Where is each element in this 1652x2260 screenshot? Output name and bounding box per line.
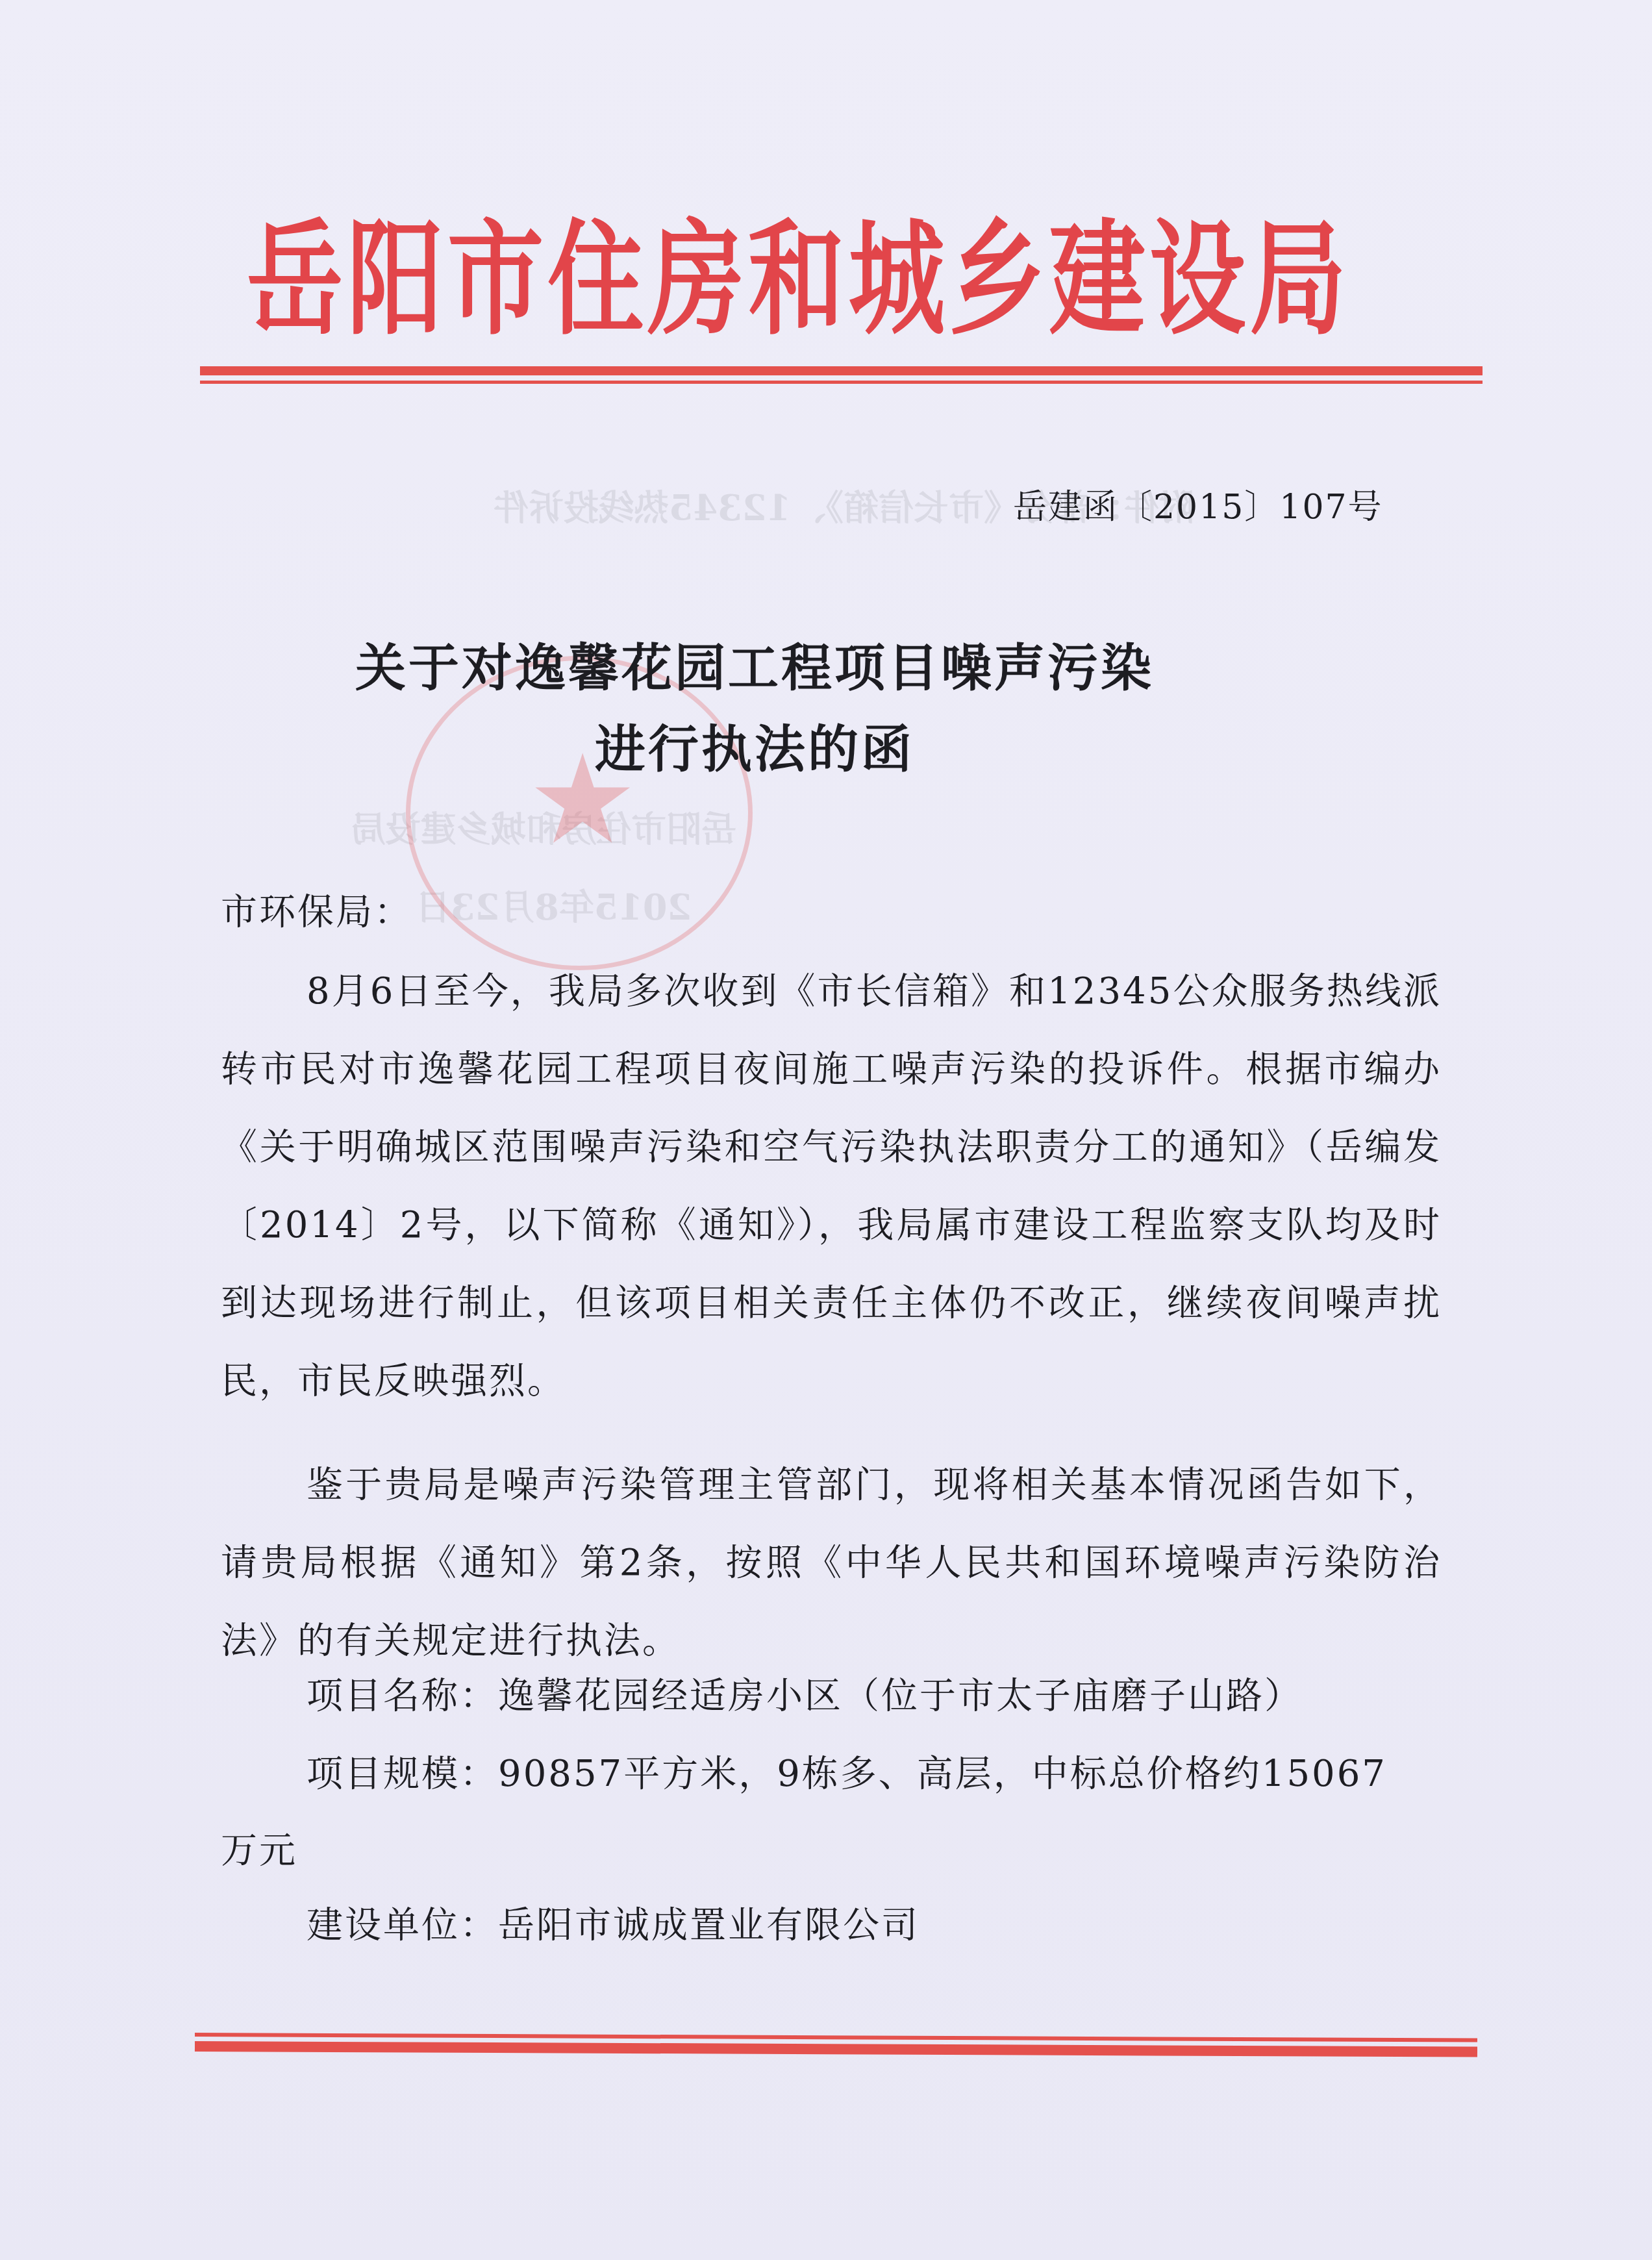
document-title-line1: 关于对逸馨花园工程项目噪声污染 <box>0 630 1581 708</box>
document-number: 岳建函〔2015〕107号 <box>1013 479 1383 528</box>
project-name-label: 项目名称： <box>307 1675 498 1717</box>
project-scale-value: 90857平方米，9栋多、高层，中标总价格约15067 <box>498 1753 1387 1795</box>
letterhead-issuer: 岳阳市住房和城乡建设局 <box>247 195 1158 364</box>
document-page: 岳阳市住房和城乡建设局 附件：部分《市长信箱》、12345热线投诉件 岳阳市住房… <box>0 0 1652 2260</box>
document-title-line2: 进行执法的函 <box>0 711 1581 789</box>
letterhead-red-rule-thin <box>200 381 1483 384</box>
builder-row: 建设单位：岳阳市诚成置业有限公司 <box>307 1896 920 1948</box>
project-scale-row: 项目规模：90857平方米，9栋多、高层，中标总价格约15067 <box>307 1745 1387 1797</box>
letterhead-red-rule-thick <box>200 366 1483 375</box>
project-name-value: 逸馨花园经适房小区（位于市太子庙磨子山路） <box>498 1675 1303 1717</box>
project-scale-value-cont: 万元 <box>221 1822 297 1874</box>
builder-label: 建设单位： <box>307 1904 498 1946</box>
footer-red-rule-thin <box>195 2033 1477 2042</box>
footer-red-rule-thick <box>195 2041 1477 2057</box>
body-paragraph-1: 8月6日至今，我局多次收到《市长信箱》和12345公众服务热线派转市民对市逸馨花… <box>221 953 1442 1420</box>
project-scale-label: 项目规模： <box>307 1753 498 1795</box>
builder-value: 岳阳市诚成置业有限公司 <box>498 1904 920 1946</box>
salutation: 市环保局： <box>221 883 1442 935</box>
project-name-row: 项目名称：逸馨花园经适房小区（位于市太子庙磨子山路） <box>307 1667 1303 1719</box>
body-paragraph-2: 鉴于贵局是噪声污染管理主管部门，现将相关基本情况函告如下，请贵局根据《通知》第2… <box>221 1446 1442 1680</box>
